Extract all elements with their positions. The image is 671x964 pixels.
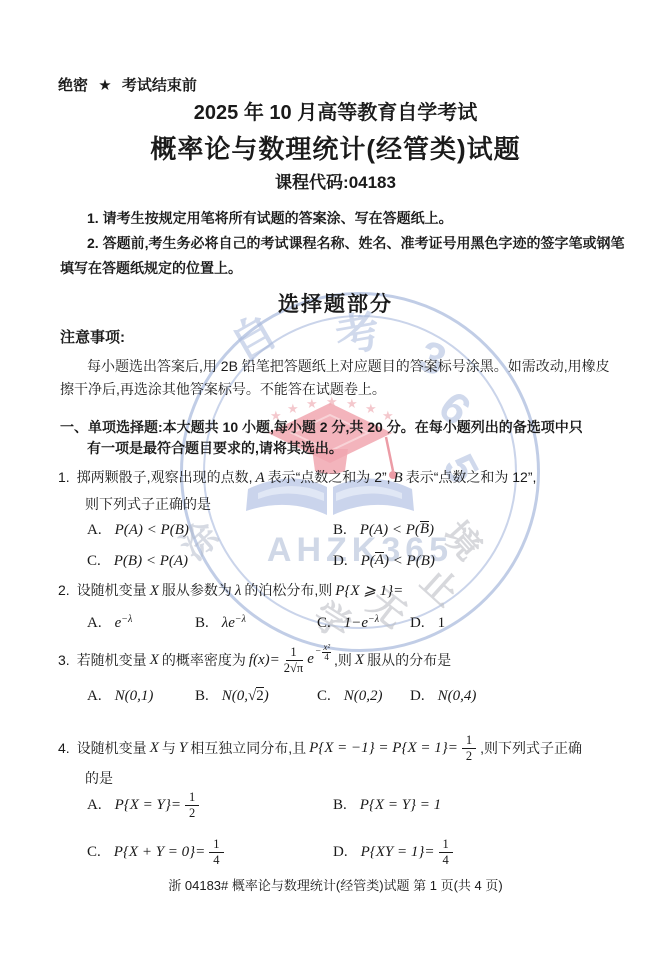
- stem-text: ,则下列式子正确: [480, 736, 582, 761]
- formula-part: P(A) < P(: [360, 522, 420, 538]
- option-2a: A.e−λ: [87, 610, 132, 637]
- formula: P{XY = 1}=: [361, 840, 435, 865]
- stem-text: 与: [162, 736, 176, 761]
- math-var: X: [150, 648, 159, 673]
- question-number: 3.: [58, 648, 70, 673]
- stem-text: 服从的分布是: [367, 648, 451, 673]
- denominator: 2: [189, 806, 195, 821]
- option-label: D.: [410, 615, 425, 631]
- instruction-2-line2: 填写在答题纸规定的位置上。: [60, 256, 242, 281]
- formula-part: ): [429, 522, 434, 538]
- question-1-stem-line2: 则下列式子正确的是: [85, 491, 211, 518]
- option-label: D.: [410, 688, 425, 704]
- formula: N(0,4): [438, 688, 477, 704]
- formula: 1: [438, 615, 446, 631]
- option-3a: A.N(0,1): [87, 683, 153, 709]
- option-1b: B.P(A) < P(B): [333, 517, 434, 543]
- option-2b: B.λe−λ: [195, 610, 246, 637]
- notice-line2: 擦干净后,再选涂其他答案标号。不能答在试题卷上。: [60, 377, 386, 402]
- option-2c: C.1−e−λ: [317, 610, 379, 637]
- fraction: 12: [185, 790, 199, 821]
- math-var: X: [150, 583, 159, 599]
- question-number: 1.: [58, 469, 70, 485]
- denominator: 2: [466, 749, 472, 764]
- option-3c: C.N(0,2): [317, 683, 383, 709]
- star-icon: ★: [98, 77, 111, 94]
- question-1-stem: 1.掷两颗骰子,观察出现的点数,A表示“点数之和为 2”,B表示“点数之和为 1…: [58, 464, 536, 492]
- stem-text: 掷两颗骰子,观察出现的点数,: [77, 469, 253, 485]
- formula: N(0,2): [344, 688, 383, 704]
- part-one-heading-line1: 一、单项选择题:本大题共 10 小题,每小题 2 分,共 20 分。在每小题列出…: [60, 417, 583, 438]
- numerator: 1: [462, 733, 476, 749]
- denominator: 4: [324, 653, 329, 662]
- formula-part: e: [307, 651, 314, 667]
- formula-part: 1−e: [344, 615, 368, 631]
- radical-sign: √: [290, 661, 297, 675]
- overbar-var: B: [420, 521, 429, 537]
- formula-part: ) < P(B): [384, 553, 435, 569]
- formula: P{X = −1} = P{X = 1}=: [309, 736, 458, 761]
- fraction: 14: [209, 837, 223, 868]
- formula: N(0,1): [115, 688, 154, 704]
- formula: P(A) < P(B): [360, 522, 434, 538]
- question-3-options: A.N(0,1) B.N(0,√2) C.N(0,2) D.N(0,4): [0, 683, 671, 708]
- notice-title: 注意事项:: [60, 327, 125, 349]
- denominator: 2√π: [284, 661, 303, 676]
- option-label: C.: [317, 615, 331, 631]
- exam-session-title: 2025 年 10 月高等教育自学考试: [0, 99, 671, 127]
- formula: λe−λ: [222, 615, 246, 631]
- option-1a: A.P(A) < P(B): [87, 517, 189, 543]
- option-2d: D.1: [410, 610, 445, 636]
- denominator: 4: [213, 853, 219, 868]
- radical-sign: √: [248, 688, 256, 704]
- question-number: 2.: [58, 582, 70, 598]
- question-2-options: A.e−λ B.λe−λ C.1−e−λ D.1: [0, 610, 671, 635]
- numerator: 1: [185, 790, 199, 806]
- secrecy-text: 绝密: [58, 77, 88, 94]
- numerator: 1: [209, 837, 223, 853]
- course-code: 课程代码:04183: [0, 170, 671, 196]
- question-3-stem: 3.若随机变量X的概率密度为f(x)=12√πe−x²4,则X服从的分布是: [58, 640, 671, 680]
- option-label: B.: [333, 522, 347, 538]
- option-label: C.: [317, 688, 331, 704]
- option-1c: C.P(B) < P(A): [87, 548, 188, 574]
- stem-text: 设随机变量: [77, 736, 147, 761]
- option-label: A.: [87, 793, 102, 818]
- option-4c: C.P{X + Y = 0}=14: [87, 833, 228, 873]
- formula: P{X = Y}=: [115, 793, 181, 818]
- option-4a: A.P{X = Y}=12: [87, 786, 203, 826]
- option-3b: B.N(0,√2): [195, 683, 269, 709]
- option-label: A.: [87, 522, 102, 538]
- formula: e−λ: [115, 615, 133, 631]
- exponent: −λ: [121, 614, 132, 625]
- option-3d: D.N(0,4): [410, 683, 476, 709]
- instruction-2-line1: 2. 答题前,考生务必将自己的考试课程名称、姓名、准考证号用黑色字迹的签字笔或钢…: [87, 231, 624, 256]
- formula: P(A) < P(B): [361, 553, 435, 569]
- exponent: −λ: [235, 614, 246, 625]
- stem-text: 表示“点数之和为 2”,: [268, 469, 391, 485]
- option-label: C.: [87, 840, 101, 865]
- question-1-options-row1: A.P(A) < P(B) B.P(A) < P(B): [0, 517, 671, 542]
- stem-text: 表示“点数之和为 12”,: [406, 469, 537, 485]
- question-4-stem: 4.设随机变量X与Y相互独立同分布,且P{X = −1} = P{X = 1}=…: [58, 728, 671, 768]
- formula-part: ): [264, 688, 269, 704]
- fraction: 12√π: [284, 645, 303, 676]
- option-label: B.: [195, 615, 209, 631]
- option-label: B.: [333, 793, 347, 818]
- section-title: 选择题部分: [0, 290, 671, 320]
- stem-text: ,则: [334, 648, 352, 673]
- math-var: λ: [235, 583, 242, 599]
- math-var: Y: [179, 736, 187, 761]
- option-label: A.: [87, 688, 102, 704]
- classification-label: 绝密 ★ 考试结束前: [58, 76, 197, 96]
- overbar-var: A: [375, 552, 384, 568]
- option-label: A.: [87, 615, 102, 631]
- radical: √2: [248, 687, 264, 704]
- formula-part: −: [315, 640, 321, 665]
- numerator: 1: [439, 837, 453, 853]
- question-4-options-row2: C.P{X + Y = 0}=14 D.P{XY = 1}=14: [0, 840, 671, 865]
- question-2-stem: 2.设随机变量X服从参数为λ的泊松分布,则P{X ⩾ 1}=: [58, 578, 403, 604]
- formula: P{X ⩾ 1}=: [335, 583, 403, 599]
- part-one-heading-line2: 有一项是最符合题目要求的,请将其选出。: [87, 438, 343, 459]
- option-4d: D.P{XY = 1}=14: [333, 833, 457, 873]
- stem-text: 相互独立同分布,且: [190, 736, 306, 761]
- formula: 1−e−λ: [344, 615, 379, 631]
- formula: P{X = Y} = 1: [360, 793, 441, 818]
- option-label: D.: [333, 553, 348, 569]
- math-var: B: [394, 470, 403, 486]
- formula: e−x²4: [307, 647, 331, 674]
- numerator: 1: [286, 645, 300, 661]
- stem-text: 服从参数为: [162, 582, 232, 598]
- instruction-1: 1. 请考生按规定用笔将所有试题的答案涂、写在答题纸上。: [87, 206, 453, 231]
- exponent: −x²4: [315, 640, 331, 665]
- question-number: 4.: [58, 736, 70, 761]
- timing-text: 考试结束前: [122, 77, 197, 94]
- formula-part: P(: [361, 553, 375, 569]
- formula: N(0,√2): [222, 687, 269, 704]
- exponent: −λ: [368, 614, 379, 625]
- stem-text: 若随机变量: [77, 648, 147, 673]
- formula-part: λe: [222, 615, 235, 631]
- formula: f(x)=: [249, 648, 280, 673]
- fraction: 12: [462, 733, 476, 764]
- math-var: X: [150, 736, 159, 761]
- question-1-options-row2: C.P(B) < P(A) D.P(A) < P(B): [0, 548, 671, 573]
- notice-line1: 每小题选出答案后,用 2B 铅笔把答题纸上对应题目的答案标号涂黑。如需改动,用橡…: [87, 354, 610, 379]
- page-footer: 浙 04183# 概率论与数理统计(经管类)试题 第 1 页(共 4 页): [0, 876, 671, 896]
- stem-text: 的泊松分布,则: [244, 582, 332, 598]
- option-4b: B.P{X = Y} = 1: [333, 786, 441, 826]
- stem-text: 设随机变量: [77, 582, 147, 598]
- formula-part: N(0,: [222, 688, 248, 704]
- stem-text: 的概率密度为: [162, 648, 246, 673]
- question-4-options-row1: A.P{X = Y}=12 B.P{X = Y} = 1: [0, 793, 671, 818]
- paper-title: 概率论与数理统计(经管类)试题: [0, 131, 671, 167]
- option-1d: D.P(A) < P(B): [333, 548, 435, 574]
- radicand: π: [297, 660, 303, 675]
- tiny-fraction: x²4: [322, 643, 331, 662]
- option-label: D.: [333, 840, 348, 865]
- formula: P(A) < P(B): [115, 522, 189, 538]
- formula: P{X + Y = 0}=: [114, 840, 206, 865]
- fraction: 14: [439, 837, 453, 868]
- math-var: X: [355, 648, 364, 673]
- option-label: C.: [87, 553, 101, 569]
- exam-paper-page: 绝密 ★ 考试结束前 2025 年 10 月高等教育自学考试 概率论与数理统计(…: [0, 0, 671, 964]
- option-label: B.: [195, 688, 209, 704]
- formula: P(B) < P(A): [114, 553, 188, 569]
- numerator: x²: [322, 643, 331, 653]
- math-var: A: [255, 470, 264, 486]
- denominator: 4: [443, 853, 449, 868]
- radicand: 2: [256, 687, 264, 704]
